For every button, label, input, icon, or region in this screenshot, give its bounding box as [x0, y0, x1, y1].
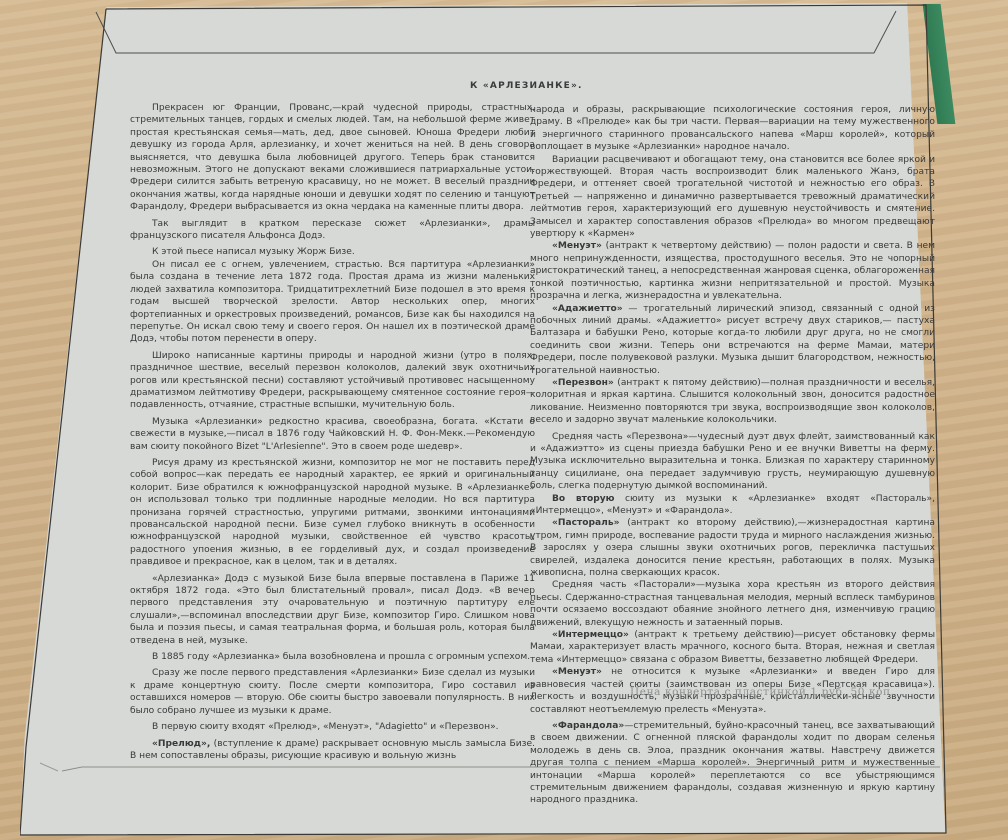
paragraph: Прекрасен юг Франции, Прованс,—край чуде…	[130, 102, 535, 214]
paragraph: Музыка «Арлезианки» редкостно красива, с…	[130, 416, 535, 453]
paragraph: «Менуэт» (антракт к четвертому действию)…	[530, 240, 935, 302]
paragraph-heading: «Менуэт»	[552, 241, 602, 251]
paragraph: Широко написанные картины природы и наро…	[130, 350, 535, 412]
paragraph-text: — трогательный лирический эпизод, связан…	[530, 304, 935, 376]
paragraph-text: Вариации расцвечивают и обогащают тему, …	[530, 155, 935, 239]
paragraph: «Адажиетто» — трогательный лирический эп…	[530, 303, 935, 377]
paragraph: Так выглядит в кратком пересказе сюжет «…	[130, 218, 535, 243]
paragraph: Сразу же после первого представления «Ар…	[130, 667, 535, 717]
paragraph-heading: «Менуэт»	[552, 667, 602, 677]
paragraph: «Прелюд», (вступление к драме) раскрывае…	[130, 738, 535, 763]
paragraph: «Арлезианка» Додэ с музыкой Бизе была вп…	[130, 573, 535, 647]
paragraph-text: Средняя часть «Перезвона»—чудесный дуэт …	[530, 432, 935, 492]
right-text-column: народа и образы, раскрывающие психологич…	[530, 104, 935, 811]
paragraph: «Интермеццо» (антракт к третьему действи…	[530, 629, 935, 666]
paragraph: Средняя часть «Пасторали»—музыка хора кр…	[530, 579, 935, 629]
paragraph-text: В первую сюиту входят «Прелюд», «Менуэт»…	[152, 722, 499, 732]
paragraph-text: Средняя часть «Пасторали»—музыка хора кр…	[530, 580, 935, 627]
paragraph-text: Сразу же после первого представления «Ар…	[130, 668, 535, 715]
paragraph: «Пастораль» (антракт ко второму действию…	[530, 517, 935, 579]
price-note: Цена конверта с пластинкой 1 руб. 50 коп…	[630, 686, 895, 698]
paragraph-heading: «Интермеццо»	[552, 630, 629, 640]
paragraph-heading: «Адажиетто»	[552, 304, 623, 314]
paragraph-heading: «Перезвон»	[552, 378, 614, 388]
paragraph-text: Музыка «Арлезианки» редкостно красива, с…	[130, 417, 535, 452]
paragraph-text: народа и образы, раскрывающие психологич…	[530, 105, 935, 152]
paragraph-text: Широко написанные картины природы и наро…	[130, 351, 535, 411]
paragraph: Рисуя драму из крестьянской жизни, компо…	[130, 457, 535, 569]
paragraph: К этой пьесе написал музыку Жорж Бизе.	[130, 246, 535, 258]
paragraph-text: К этой пьесе написал музыку Жорж Бизе.	[152, 247, 355, 257]
paragraph-heading: Во вторую	[552, 494, 614, 504]
paragraph: «Фарандола»—стремительный, буйно-красочн…	[530, 720, 935, 807]
paragraph-text: Так выглядит в кратком пересказе сюжет «…	[130, 219, 535, 241]
paragraph: народа и образы, раскрывающие психологич…	[530, 104, 935, 154]
paragraph-text: Он писал ее с огнем, увлечением, страсть…	[130, 260, 535, 344]
liner-notes-document: К «АРЛЕЗИАНКЕ». Прекрасен юг Франции, Пр…	[100, 70, 940, 710]
paragraph: Во вторую сюиту из музыки к «Арлезианке»…	[530, 493, 935, 518]
paragraph: Вариации расцвечивают и обогащают тему, …	[530, 154, 935, 241]
paragraph-text: Прекрасен юг Франции, Прованс,—край чуде…	[130, 103, 535, 212]
paragraph-text: «Арлезианка» Додэ с музыкой Бизе была вп…	[130, 574, 535, 646]
paragraph: В 1885 году «Арлезианка» была возобновле…	[130, 651, 535, 663]
paragraph-heading: «Фарандола»	[552, 721, 624, 731]
paragraph: В первую сюиту входят «Прелюд», «Менуэт»…	[130, 721, 535, 733]
paragraph: Средняя часть «Перезвона»—чудесный дуэт …	[530, 431, 935, 493]
paragraph-heading: «Прелюд»,	[152, 739, 210, 749]
document-title: К «АРЛЕЗИАНКЕ».	[470, 80, 583, 92]
left-text-column: Прекрасен юг Франции, Прованс,—край чуде…	[130, 102, 535, 766]
paragraph-text: —стремительный, буйно-красочный танец, в…	[530, 721, 935, 805]
paragraph-text: В 1885 году «Арлезианка» была возобновле…	[152, 652, 530, 662]
paragraph: Он писал ее с огнем, увлечением, страсть…	[130, 259, 535, 346]
paragraph-heading: «Пастораль»	[552, 518, 619, 528]
paragraph: «Перезвон» (антракт к пятому действию)—п…	[530, 377, 935, 427]
paragraph-text: Рисуя драму из крестьянской жизни, компо…	[130, 458, 535, 567]
